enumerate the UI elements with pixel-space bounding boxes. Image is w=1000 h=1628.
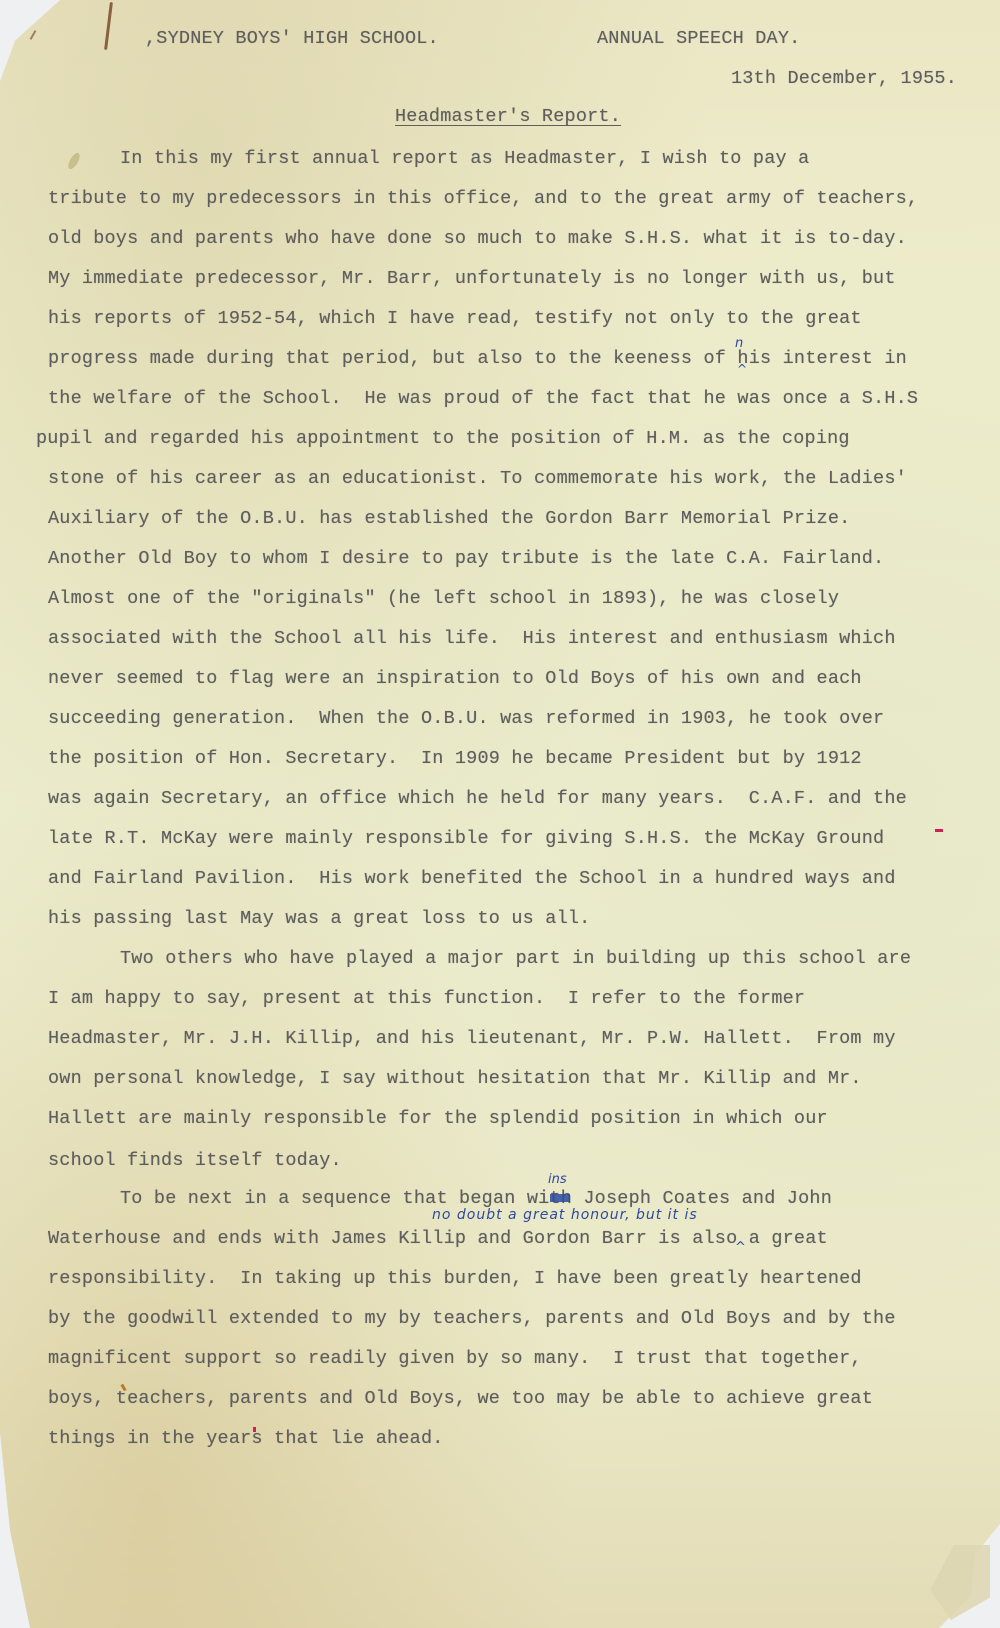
- caret-mark-icon: ^: [735, 1240, 746, 1255]
- body-line: tribute to my predecessors in this offic…: [48, 188, 918, 209]
- body-line: associated with the School all his life.…: [48, 628, 896, 649]
- body-line: was again Secretary, an office which he …: [48, 788, 907, 809]
- body-line: Auxiliary of the O.B.U. has established …: [48, 508, 850, 529]
- handwritten-insert-n: n: [735, 336, 743, 351]
- body-line: Waterhouse and ends with James Killip an…: [48, 1228, 828, 1249]
- body-line: the welfare of the School. He was proud …: [48, 388, 918, 409]
- body-line: Another Old Boy to whom I desire to pay …: [48, 548, 884, 569]
- body-line: Headmaster, Mr. J.H. Killip, and his lie…: [48, 1028, 896, 1049]
- caret-mark-icon: ^: [737, 362, 747, 376]
- body-line: school finds itself today.: [48, 1150, 342, 1171]
- body-line: I am happy to say, present at this funct…: [48, 988, 805, 1009]
- red-ink-dot: [253, 1427, 256, 1432]
- handwritten-insertion: no doubt a great honour, but it is: [432, 1207, 698, 1223]
- body-line: progress made during that period, but al…: [48, 348, 907, 369]
- body-line: My immediate predecessor, Mr. Barr, unfo…: [48, 268, 896, 289]
- document-title: Headmaster's Report.: [395, 106, 621, 127]
- body-line: succeeding generation. When the O.B.U. w…: [48, 708, 884, 729]
- body-line: things in the years that lie ahead.: [48, 1428, 444, 1449]
- school-name: ,SYDNEY BOYS' HIGH SCHOOL.: [145, 28, 439, 49]
- body-line: To be next in a sequence that began with…: [120, 1188, 832, 1209]
- body-line: his reports of 1952-54, which I have rea…: [48, 308, 862, 329]
- body-line: Two others who have played a major part …: [120, 948, 911, 969]
- body-line: the position of Hon. Secretary. In 1909 …: [48, 748, 862, 769]
- scanned-document: ,SYDNEY BOYS' HIGH SCHOOL. ANNUAL SPEECH…: [0, 0, 1000, 1628]
- body-line: by the goodwill extended to my by teache…: [48, 1308, 896, 1329]
- body-line: pupil and regarded his appointment to th…: [36, 428, 850, 449]
- body-line: In this my first annual report as Headma…: [120, 148, 809, 169]
- body-line: his passing last May was a great loss to…: [48, 908, 591, 929]
- body-line: Hallett are mainly responsible for the s…: [48, 1108, 828, 1129]
- body-line: old boys and parents who have done so mu…: [48, 228, 907, 249]
- body-line: late R.T. McKay were mainly responsible …: [48, 828, 884, 849]
- body-line: responsibility. In taking up this burden…: [48, 1268, 862, 1289]
- handwritten-correction-ins: ins: [548, 1172, 567, 1187]
- body-line: and Fairland Pavilion. His work benefite…: [48, 868, 896, 889]
- body-line: Almost one of the "originals" (he left s…: [48, 588, 839, 609]
- ink-strikeout: [550, 1194, 570, 1202]
- body-line: stone of his career as an educationist. …: [48, 468, 907, 489]
- red-ink-mark: [935, 829, 943, 832]
- body-line: own personal knowledge, I say without he…: [48, 1068, 862, 1089]
- body-line: magnificent support so readily given by …: [48, 1348, 862, 1369]
- body-line: boys, teachers, parents and Old Boys, we…: [48, 1388, 873, 1409]
- event-name: ANNUAL SPEECH DAY.: [597, 28, 800, 49]
- document-date: 13th December, 1955.: [731, 68, 957, 89]
- body-line: never seemed to flag were an inspiration…: [48, 668, 862, 689]
